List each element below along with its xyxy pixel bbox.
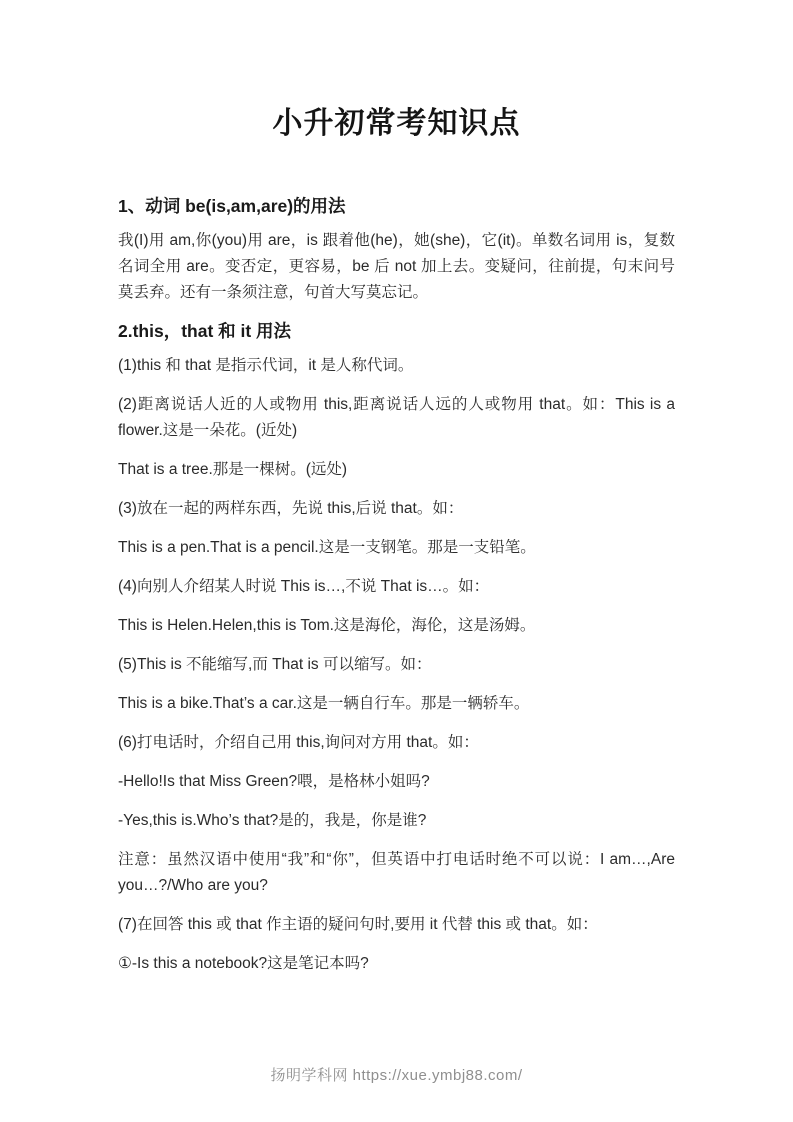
page-title: 小升初常考知识点 bbox=[0, 0, 793, 142]
document-page: 小升初常考知识点 1、动词 be(is,am,are)的用法 我(I)用 am,… bbox=[0, 0, 793, 1122]
paragraph: This is Helen.Helen,this is Tom.这是海伦，海伦，… bbox=[118, 613, 675, 639]
paragraph: (4)向别人介绍某人时说 This is…,不说 That is…。如： bbox=[118, 574, 675, 600]
paragraph: (2)距离说话人近的人或物用 this,距离说话人远的人或物用 that。如：T… bbox=[118, 392, 675, 444]
paragraph: That is a tree.那是一棵树。(远处) bbox=[118, 457, 675, 483]
section-heading: 1、动词 be(is,am,are)的用法 bbox=[118, 194, 675, 218]
paragraph: (5)This is 不能缩写,而 That is 可以缩写。如： bbox=[118, 652, 675, 678]
section-verb-be: 1、动词 be(is,am,are)的用法 我(I)用 am,你(you)用 a… bbox=[118, 194, 675, 306]
paragraph: (6)打电话时，介绍自己用 this,询问对方用 that。如： bbox=[118, 730, 675, 756]
paragraph: (1)this 和 that 是指示代词，it 是人称代词。 bbox=[118, 353, 675, 379]
paragraph: -Yes,this is.Who’s that?是的，我是，你是谁? bbox=[118, 808, 675, 834]
section-heading: 2.this，that 和 it 用法 bbox=[118, 319, 675, 343]
paragraph: (7)在回答 this 或 that 作主语的疑问句时,要用 it 代替 thi… bbox=[118, 912, 675, 938]
paragraph: 注意：虽然汉语中使用“我”和“你”，但英语中打电话时绝不可以说：I am…,Ar… bbox=[118, 847, 675, 899]
paragraph: This is a pen.That is a pencil.这是一支钢笔。那是… bbox=[118, 535, 675, 561]
paragraph: (3)放在一起的两样东西，先说 this,后说 that。如： bbox=[118, 496, 675, 522]
paragraph: 我(I)用 am,你(you)用 are，is 跟着他(he)，她(she)，它… bbox=[118, 228, 675, 306]
site-watermark: 扬明学科网 https://xue.ymbj88.com/ bbox=[0, 1064, 793, 1085]
section-this-that-it: 2.this，that 和 it 用法 (1)this 和 that 是指示代词… bbox=[118, 319, 675, 977]
paragraph: This is a bike.That’s a car.这是一辆自行车。那是一辆… bbox=[118, 691, 675, 717]
paragraph: ①-Is this a notebook?这是笔记本吗? bbox=[118, 951, 675, 977]
document-content: 1、动词 be(is,am,are)的用法 我(I)用 am,你(you)用 a… bbox=[118, 194, 675, 977]
paragraph: -Hello!Is that Miss Green?喂，是格林小姐吗? bbox=[118, 769, 675, 795]
